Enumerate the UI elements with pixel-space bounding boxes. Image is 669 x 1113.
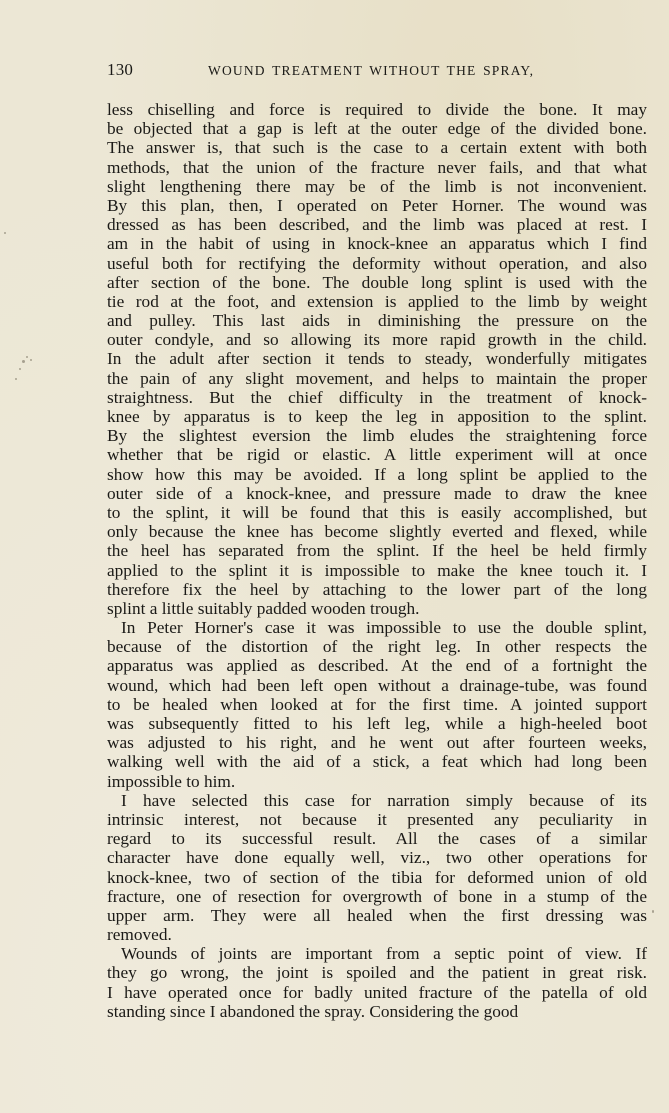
text-line: was adjusted to his right, and he went o… xyxy=(107,733,647,752)
text-line: apparatus was applied as described. At t… xyxy=(107,656,647,675)
text-line: slight lengthening there may be of the l… xyxy=(107,177,647,196)
text-line: wound, which had been left open without … xyxy=(107,676,647,695)
text-line: fracture, one of resection for overgrowt… xyxy=(107,887,647,906)
text-line: I have selected this case for narration … xyxy=(107,791,647,810)
paragraph: less chiselling and force is required to… xyxy=(107,100,647,618)
text-line: outer side of a knock-knee, and pressure… xyxy=(107,484,647,503)
text-line: to be healed when looked at for the firs… xyxy=(107,695,647,714)
text-line: knee by apparatus is to keep the leg in … xyxy=(107,407,647,426)
text-line: In Peter Horner's case it was impossible… xyxy=(107,618,647,637)
text-line: useful both for rectifying the deformity… xyxy=(107,254,647,273)
text-line: upper arm. They were all healed when the… xyxy=(107,906,647,925)
text-line: straightness. But the chief difficulty i… xyxy=(107,388,647,407)
text-line: and pulley. This last aids in diminishin… xyxy=(107,311,647,330)
text-line: character have done equally well, viz., … xyxy=(107,848,647,867)
text-line: knock-knee, two of section of the tibia … xyxy=(107,868,647,887)
text-line: By this plan, then, I operated on Peter … xyxy=(107,196,647,215)
text-line: splint a little suitably padded wooden t… xyxy=(107,599,647,618)
body-text: less chiselling and force is required to… xyxy=(107,100,647,1021)
paper-speck xyxy=(19,368,21,370)
text-line: In the adult after section it tends to s… xyxy=(107,349,647,368)
text-line: outer condyle, and so allowing its more … xyxy=(107,330,647,349)
paragraph: In Peter Horner's case it was impossible… xyxy=(107,618,647,791)
page-number: 130 xyxy=(107,60,133,80)
text-line: only because the knee has become slightl… xyxy=(107,522,647,541)
text-line: be objected that a gap is left at the ou… xyxy=(107,119,647,138)
text-line: applied to the splint it is impossible t… xyxy=(107,561,647,580)
text-line: therefore fix the heel by attaching to t… xyxy=(107,580,647,599)
text-line: they go wrong, the joint is spoiled and … xyxy=(107,963,647,982)
text-line: methods, that the union of the fracture … xyxy=(107,158,647,177)
paper-speck xyxy=(22,360,25,363)
text-line: I have operated once for badly united fr… xyxy=(107,983,647,1002)
text-line: was subsequently fitted to his left leg,… xyxy=(107,714,647,733)
text-line: regard to its successful result. All the… xyxy=(107,829,647,848)
running-header: 130 WOUND TREATMENT WITHOUT THE SPRAY, xyxy=(107,60,647,82)
text-line: dressed as has been described, and the l… xyxy=(107,215,647,234)
text-line: the heel has separated from the splint. … xyxy=(107,541,647,560)
text-line: because of the distortion of the right l… xyxy=(107,637,647,656)
text-line: removed. xyxy=(107,925,647,944)
paper-speck xyxy=(4,232,6,234)
text-line: The answer is, that such is the case to … xyxy=(107,138,647,157)
text-line: after section of the bone. The double lo… xyxy=(107,273,647,292)
paper-speck xyxy=(652,910,654,913)
paragraph: Wounds of joints are important from a se… xyxy=(107,944,647,1021)
text-line: to the splint, it will be found that thi… xyxy=(107,503,647,522)
text-line: am in the habit of using in knock-knee a… xyxy=(107,234,647,253)
text-line: Wounds of joints are important from a se… xyxy=(107,944,647,963)
text-line: By the slightest eversion the limb elude… xyxy=(107,426,647,445)
text-line: the pain of any slight movement, and hel… xyxy=(107,369,647,388)
running-title: WOUND TREATMENT WITHOUT THE SPRAY, xyxy=(208,63,534,79)
paper-speck xyxy=(26,356,28,358)
text-line: intrinsic interest, not because it prese… xyxy=(107,810,647,829)
text-line: impossible to him. xyxy=(107,772,647,791)
text-line: standing since I abandoned the spray. Co… xyxy=(107,1002,647,1021)
paragraph: I have selected this case for narration … xyxy=(107,791,647,945)
text-line: show how this may be avoided. If a long … xyxy=(107,465,647,484)
paper-speck xyxy=(15,378,17,380)
text-line: less chiselling and force is required to… xyxy=(107,100,647,119)
paper-speck xyxy=(30,359,32,361)
text-line: walking well with the aid of a stick, a … xyxy=(107,752,647,771)
text-line: tie rod at the foot, and extension is ap… xyxy=(107,292,647,311)
text-line: whether that be rigid or elastic. A litt… xyxy=(107,445,647,464)
